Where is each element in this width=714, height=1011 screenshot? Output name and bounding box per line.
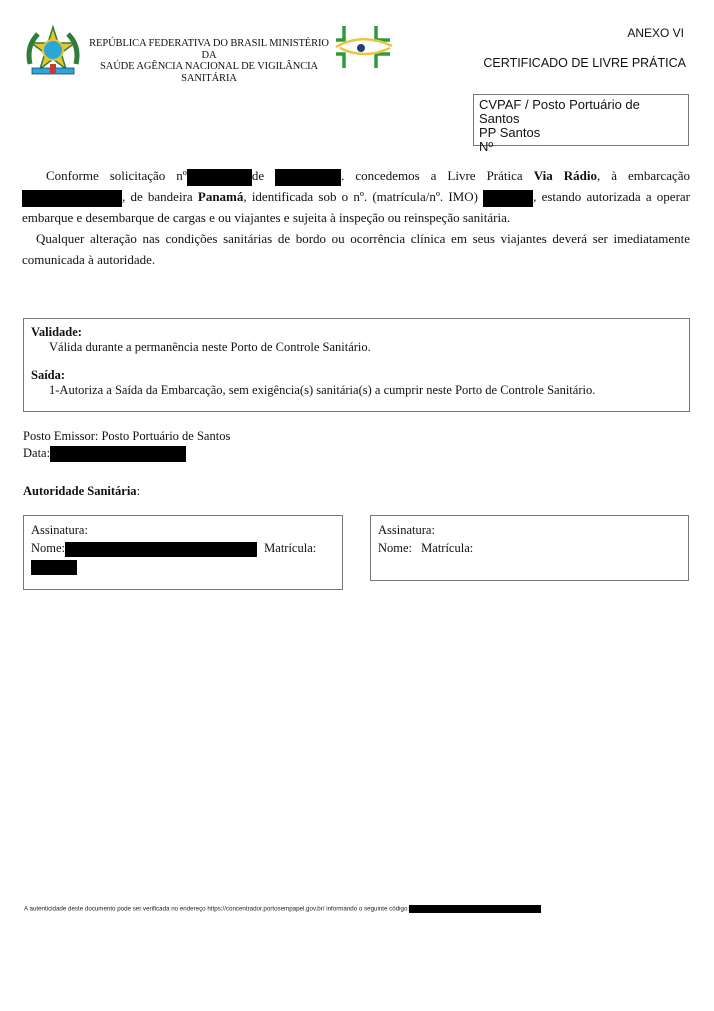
redacted-request-number [187, 169, 252, 186]
redacted-date [50, 446, 186, 462]
institution-header: REPÚBLICA FEDERATIVA DO BRASIL MINISTÉRI… [84, 38, 334, 84]
grant-mode: Via Rádio [534, 168, 597, 183]
redacted-verification-code [409, 905, 541, 913]
signature-box-2: Assinatura: Nome: Matrícula: [370, 515, 689, 581]
post-info-box: CVPAF / Posto Portuário de Santos PP San… [473, 94, 689, 146]
text-grant: . concedemos a Livre Prática [341, 168, 523, 183]
text-imo-label: , identificada sob o nº. (matrícula/nº. … [243, 189, 478, 204]
paragraph-notice: Qualquer alteração nas condições sanitár… [22, 228, 690, 270]
redacted-registration-number [31, 560, 77, 575]
redacted-imo-number [483, 190, 533, 207]
redacted-officer-name [65, 542, 257, 557]
redacted-request-date [275, 169, 341, 186]
text-vessel-label: , à embarcação [597, 168, 690, 183]
authority-heading: Autoridade Sanitária: [23, 484, 140, 499]
date-label: Data: [23, 446, 50, 460]
brazil-coat-of-arms-icon [24, 24, 82, 80]
institution-line-2: SAÚDE AGÊNCIA NACIONAL DE VIGILÂNCIA [84, 61, 334, 73]
name-label: Nome: [378, 541, 412, 555]
validity-box: Validade: Válida durante a permanência n… [23, 318, 690, 412]
certificate-body: Conforme solicitação nºde . concedemos a… [22, 165, 690, 270]
signature-box-1: Assinatura: Nome: Matrícula: [23, 515, 343, 590]
exit-label: Saída: [31, 368, 682, 383]
signature-label: Assinatura: [378, 521, 681, 539]
validity-label: Validade: [31, 325, 682, 340]
authority-colon: : [137, 484, 140, 498]
annex-label: ANEXO VI [627, 26, 684, 40]
authenticity-text: A autenticidade deste documento pode ser… [24, 906, 409, 913]
signature-label: Assinatura: [31, 521, 335, 539]
document-title: CERTIFICADO DE LIVRE PRÁTICA [483, 56, 686, 70]
post-line-2: PP Santos [479, 126, 683, 140]
paragraph-grant: Conforme solicitação nºde . concedemos a… [22, 165, 690, 228]
authority-title: Autoridade Sanitária [23, 484, 137, 498]
registration-label: Matrícula: [264, 541, 316, 555]
authenticity-footer: A autenticidade deste documento pode ser… [24, 905, 541, 913]
issuer-block: Posto Emissor: Posto Portuário de Santos… [23, 428, 230, 462]
institution-line-3: SANITÁRIA [84, 73, 334, 85]
text-flag-label: , de bandeira [122, 189, 193, 204]
post-line-1: CVPAF / Posto Portuário de Santos [479, 98, 683, 126]
registration-label: Matrícula: [421, 541, 473, 555]
text-de: de [252, 168, 264, 183]
institution-line-1: REPÚBLICA FEDERATIVA DO BRASIL MINISTÉRI… [84, 38, 334, 61]
anvisa-logo-icon [334, 24, 394, 70]
post-line-3: Nº [479, 140, 683, 154]
issuing-post: Posto Emissor: Posto Portuário de Santos [23, 428, 230, 445]
name-label: Nome: [31, 541, 65, 555]
redacted-vessel-name [22, 190, 122, 207]
text-request-number-label: Conforme solicitação nº [46, 168, 187, 183]
validity-text: Válida durante a permanência neste Porto… [31, 340, 682, 355]
vessel-flag: Panamá [198, 189, 244, 204]
exit-text: 1-Autoriza a Saída da Embarcação, sem ex… [31, 383, 682, 398]
